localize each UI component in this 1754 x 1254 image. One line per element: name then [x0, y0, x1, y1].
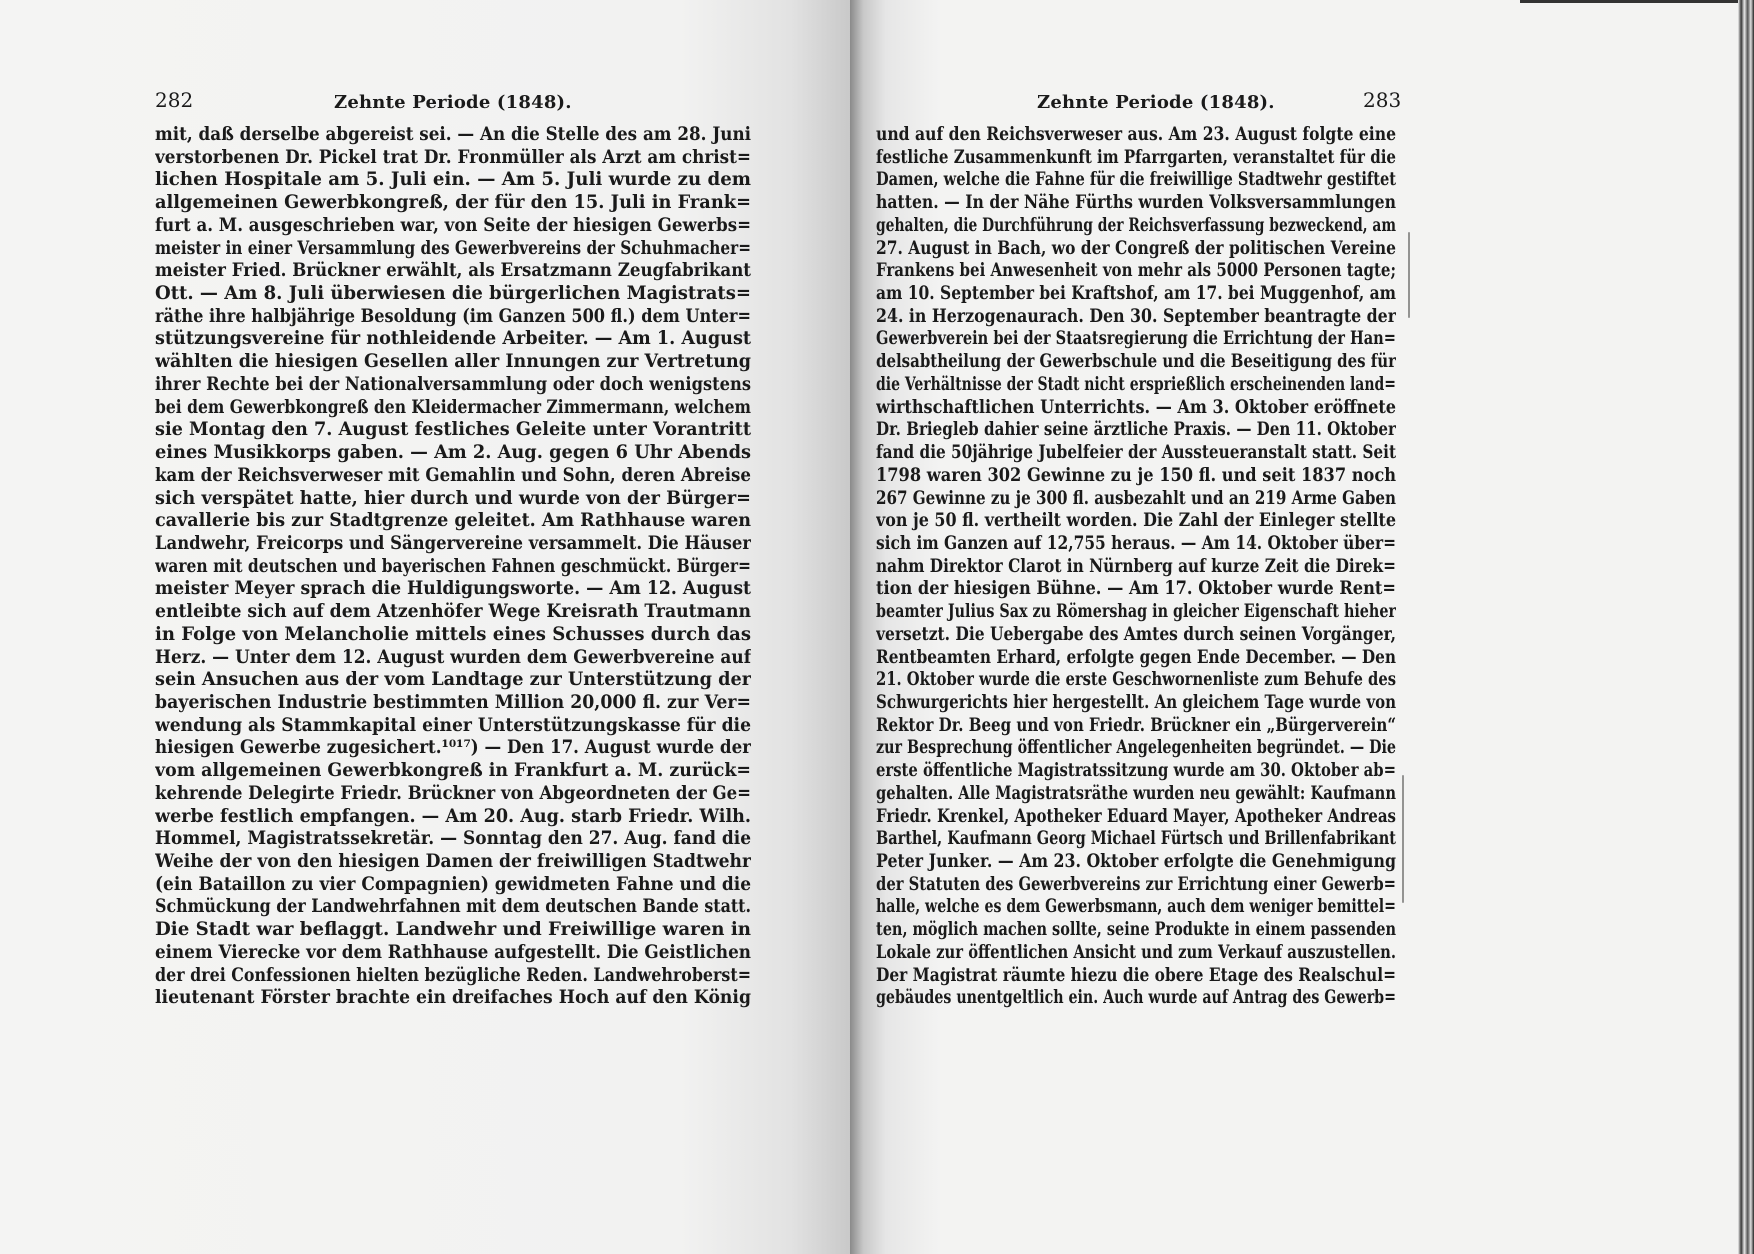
- text-line: fand die 50jährige Jubelfeier der Ausste…: [876, 442, 1396, 465]
- text-line: sich im Ganzen auf 12,755 heraus. — Am 1…: [876, 533, 1396, 556]
- text-line: Dr. Briegleb dahier seine ärztliche Prax…: [876, 419, 1396, 442]
- page-number-left: 282: [155, 88, 193, 112]
- text-line: Weihe der von den hiesigen Damen der fre…: [155, 851, 751, 874]
- text-line: verstorbenen Dr. Pickel trat Dr. Fronmül…: [155, 147, 751, 170]
- text-line: wendung als Stammkapital einer Unterstüt…: [155, 715, 751, 738]
- book-fore-edge: [1738, 0, 1754, 1254]
- text-line: und auf den Reichsverweser aus. Am 23. A…: [876, 124, 1396, 147]
- text-line: Herz. — Unter dem 12. August wurden dem …: [155, 647, 751, 670]
- text-line: nahm Direktor Clarot in Nürnberg auf kur…: [876, 556, 1396, 579]
- left-page: 282 Zehnte Periode (1848). mit, daß ders…: [0, 0, 850, 1254]
- book-spread: 282 Zehnte Periode (1848). mit, daß ders…: [0, 0, 1754, 1254]
- text-line: Gewerbverein bei der Staatsregierung die…: [876, 328, 1396, 351]
- text-line: werbe festlich empfangen. — Am 20. Aug. …: [155, 806, 751, 829]
- text-line: gehalten, die Durchführung der Reichsver…: [876, 215, 1396, 238]
- text-line: gehalten. Alle Magistratsräthe wurden ne…: [876, 783, 1396, 806]
- text-line: vom allgemeinen Gewerbkongreß in Frankfu…: [155, 760, 751, 783]
- pencil-margin-mark: [1402, 775, 1404, 903]
- text-line: lichen Hospitale am 5. Juli ein. — Am 5.…: [155, 169, 751, 192]
- text-line: tion der hiesigen Bühne. — Am 17. Oktobe…: [876, 578, 1396, 601]
- text-line: der Statuten des Gewerbvereins zur Erric…: [876, 874, 1396, 897]
- text-line: mit, daß derselbe abgereist sei. — An di…: [155, 124, 751, 147]
- text-line: sein Ansuchen aus der vom Landtage zur U…: [155, 669, 751, 692]
- text-line: Lokale zur öffentlichen Ansicht und zum …: [876, 942, 1396, 965]
- running-head-left: Zehnte Periode (1848).: [334, 92, 572, 113]
- text-line: zur Besprechung öffentlicher Angelegenhe…: [876, 737, 1396, 760]
- text-line: 21. Oktober wurde die erste Geschwornenl…: [876, 669, 1396, 692]
- text-line: der drei Confessionen hielten bezügliche…: [155, 965, 751, 988]
- text-line: ten, möglich machen sollte, seine Produk…: [876, 919, 1396, 942]
- text-line: entleibte sich auf dem Atzenhöfer Wege K…: [155, 601, 751, 624]
- text-line: lieutenant Förster brachte ein dreifache…: [155, 987, 751, 1010]
- text-line: Rektor Dr. Beeg und von Friedr. Brückner…: [876, 715, 1396, 738]
- text-line: furt a. M. ausgeschrieben war, von Seite…: [155, 215, 751, 238]
- text-line: räthe ihre halbjährige Besoldung (im Gan…: [155, 306, 751, 329]
- text-line: 1798 waren 302 Gewinne zu je 150 fl. und…: [876, 465, 1396, 488]
- text-line: beamter Julius Sax zu Römershag in gleic…: [876, 601, 1396, 624]
- text-line: ihrer Rechte bei der Nationalversammlung…: [155, 374, 751, 397]
- text-line: von je 50 fl. vertheilt worden. Die Zahl…: [876, 510, 1396, 533]
- page-number-right: 283: [1363, 88, 1401, 112]
- text-line: waren mit deutschen und bayerischen Fahn…: [155, 556, 751, 579]
- text-line: 267 Gewinne zu je 300 fl. ausbezahlt und…: [876, 488, 1396, 511]
- left-page-body: mit, daß derselbe abgereist sei. — An di…: [155, 124, 751, 1010]
- text-line: festliche Zusammenkunft im Pfarrgarten, …: [876, 147, 1396, 170]
- text-line: Die Stadt war beflaggt. Landwehr und Fre…: [155, 919, 751, 942]
- pencil-margin-mark: [1408, 232, 1410, 318]
- text-line: bayerischen Industrie bestimmten Million…: [155, 692, 751, 715]
- text-line: Hommel, Magistratssekretär. — Sonntag de…: [155, 828, 751, 851]
- text-line: Schmückung der Landwehrfahnen mit dem de…: [155, 896, 751, 919]
- text-line: wirthschaftlichen Unterrichts. — Am 3. O…: [876, 397, 1396, 420]
- text-line: meister Fried. Brückner erwählt, als Ers…: [155, 260, 751, 283]
- text-line: (ein Bataillon zu vier Compagnien) gewid…: [155, 874, 751, 897]
- text-line: Friedr. Krenkel, Apotheker Eduard Mayer,…: [876, 806, 1396, 829]
- text-line: 24. in Herzogenaurach. Den 30. September…: [876, 306, 1396, 329]
- text-line: Schwurgerichts hier hergestellt. An glei…: [876, 692, 1396, 715]
- text-line: Frankens bei Anwesenheit von mehr als 50…: [876, 260, 1396, 283]
- text-line: Der Magistrat räumte hiezu die obere Eta…: [876, 965, 1396, 988]
- text-line: Damen, welche die Fahne für die freiwill…: [876, 169, 1396, 192]
- text-line: 27. August in Bach, wo der Congreß der p…: [876, 238, 1396, 261]
- text-line: hatten. — In der Nähe Fürths wurden Volk…: [876, 192, 1396, 215]
- text-line: allgemeinen Gewerbkongreß, der für den 1…: [155, 192, 751, 215]
- text-line: einem Vierecke vor dem Rathhause aufgest…: [155, 942, 751, 965]
- text-line: Landwehr, Freicorps und Sängervereine ve…: [155, 533, 751, 556]
- text-line: versetzt. Die Uebergabe des Amtes durch …: [876, 624, 1396, 647]
- text-line: Rentbeamten Erhard, erfolgte gegen Ende …: [876, 647, 1396, 670]
- text-line: cavallerie bis zur Stadtgrenze geleitet.…: [155, 510, 751, 533]
- text-line: stützungsvereine für nothleidende Arbeit…: [155, 328, 751, 351]
- text-line: erste öffentliche Magistratssitzung wurd…: [876, 760, 1396, 783]
- running-head-right: Zehnte Periode (1848).: [1037, 92, 1275, 113]
- text-line: hiesigen Gewerbe zugesichert.¹⁰¹⁷) — Den…: [155, 737, 751, 760]
- text-line: sich verspätet hatte, hier durch und wur…: [155, 488, 751, 511]
- text-line: Barthel, Kaufmann Georg Michael Fürtsch …: [876, 828, 1396, 851]
- text-line: delsabtheilung der Gewerbschule und die …: [876, 351, 1396, 374]
- text-line: Peter Junker. — Am 23. Oktober erfolgte …: [876, 851, 1396, 874]
- text-line: halle, welche es dem Gewerbsmann, auch d…: [876, 896, 1396, 919]
- text-line: in Folge von Melancholie mittels eines S…: [155, 624, 751, 647]
- text-line: am 10. September bei Kraftshof, am 17. b…: [876, 283, 1396, 306]
- page-top-edge: [1520, 0, 1754, 3]
- text-line: eines Musikkorps gaben. — Am 2. Aug. geg…: [155, 442, 751, 465]
- text-line: kam der Reichsverweser mit Gemahlin und …: [155, 465, 751, 488]
- text-line: bei dem Gewerbkongreß den Kleidermacher …: [155, 397, 751, 420]
- text-line: gebäudes unentgeltlich ein. Auch wurde a…: [876, 987, 1396, 1010]
- text-line: meister in einer Versammlung des Gewerbv…: [155, 238, 751, 261]
- text-line: sie Montag den 7. August festliches Gele…: [155, 419, 751, 442]
- text-line: meister Meyer sprach die Huldigungsworte…: [155, 578, 751, 601]
- text-line: kehrende Delegirte Friedr. Brückner von …: [155, 783, 751, 806]
- text-line: Ott. — Am 8. Juli überwiesen die bürgerl…: [155, 283, 751, 306]
- text-line: wählten die hiesigen Gesellen aller Innu…: [155, 351, 751, 374]
- right-page: Zehnte Periode (1848). 283 und auf den R…: [850, 0, 1740, 1254]
- text-line: die Verhältnisse der Stadt nicht ersprie…: [876, 374, 1396, 397]
- right-page-body: und auf den Reichsverweser aus. Am 23. A…: [876, 124, 1396, 1010]
